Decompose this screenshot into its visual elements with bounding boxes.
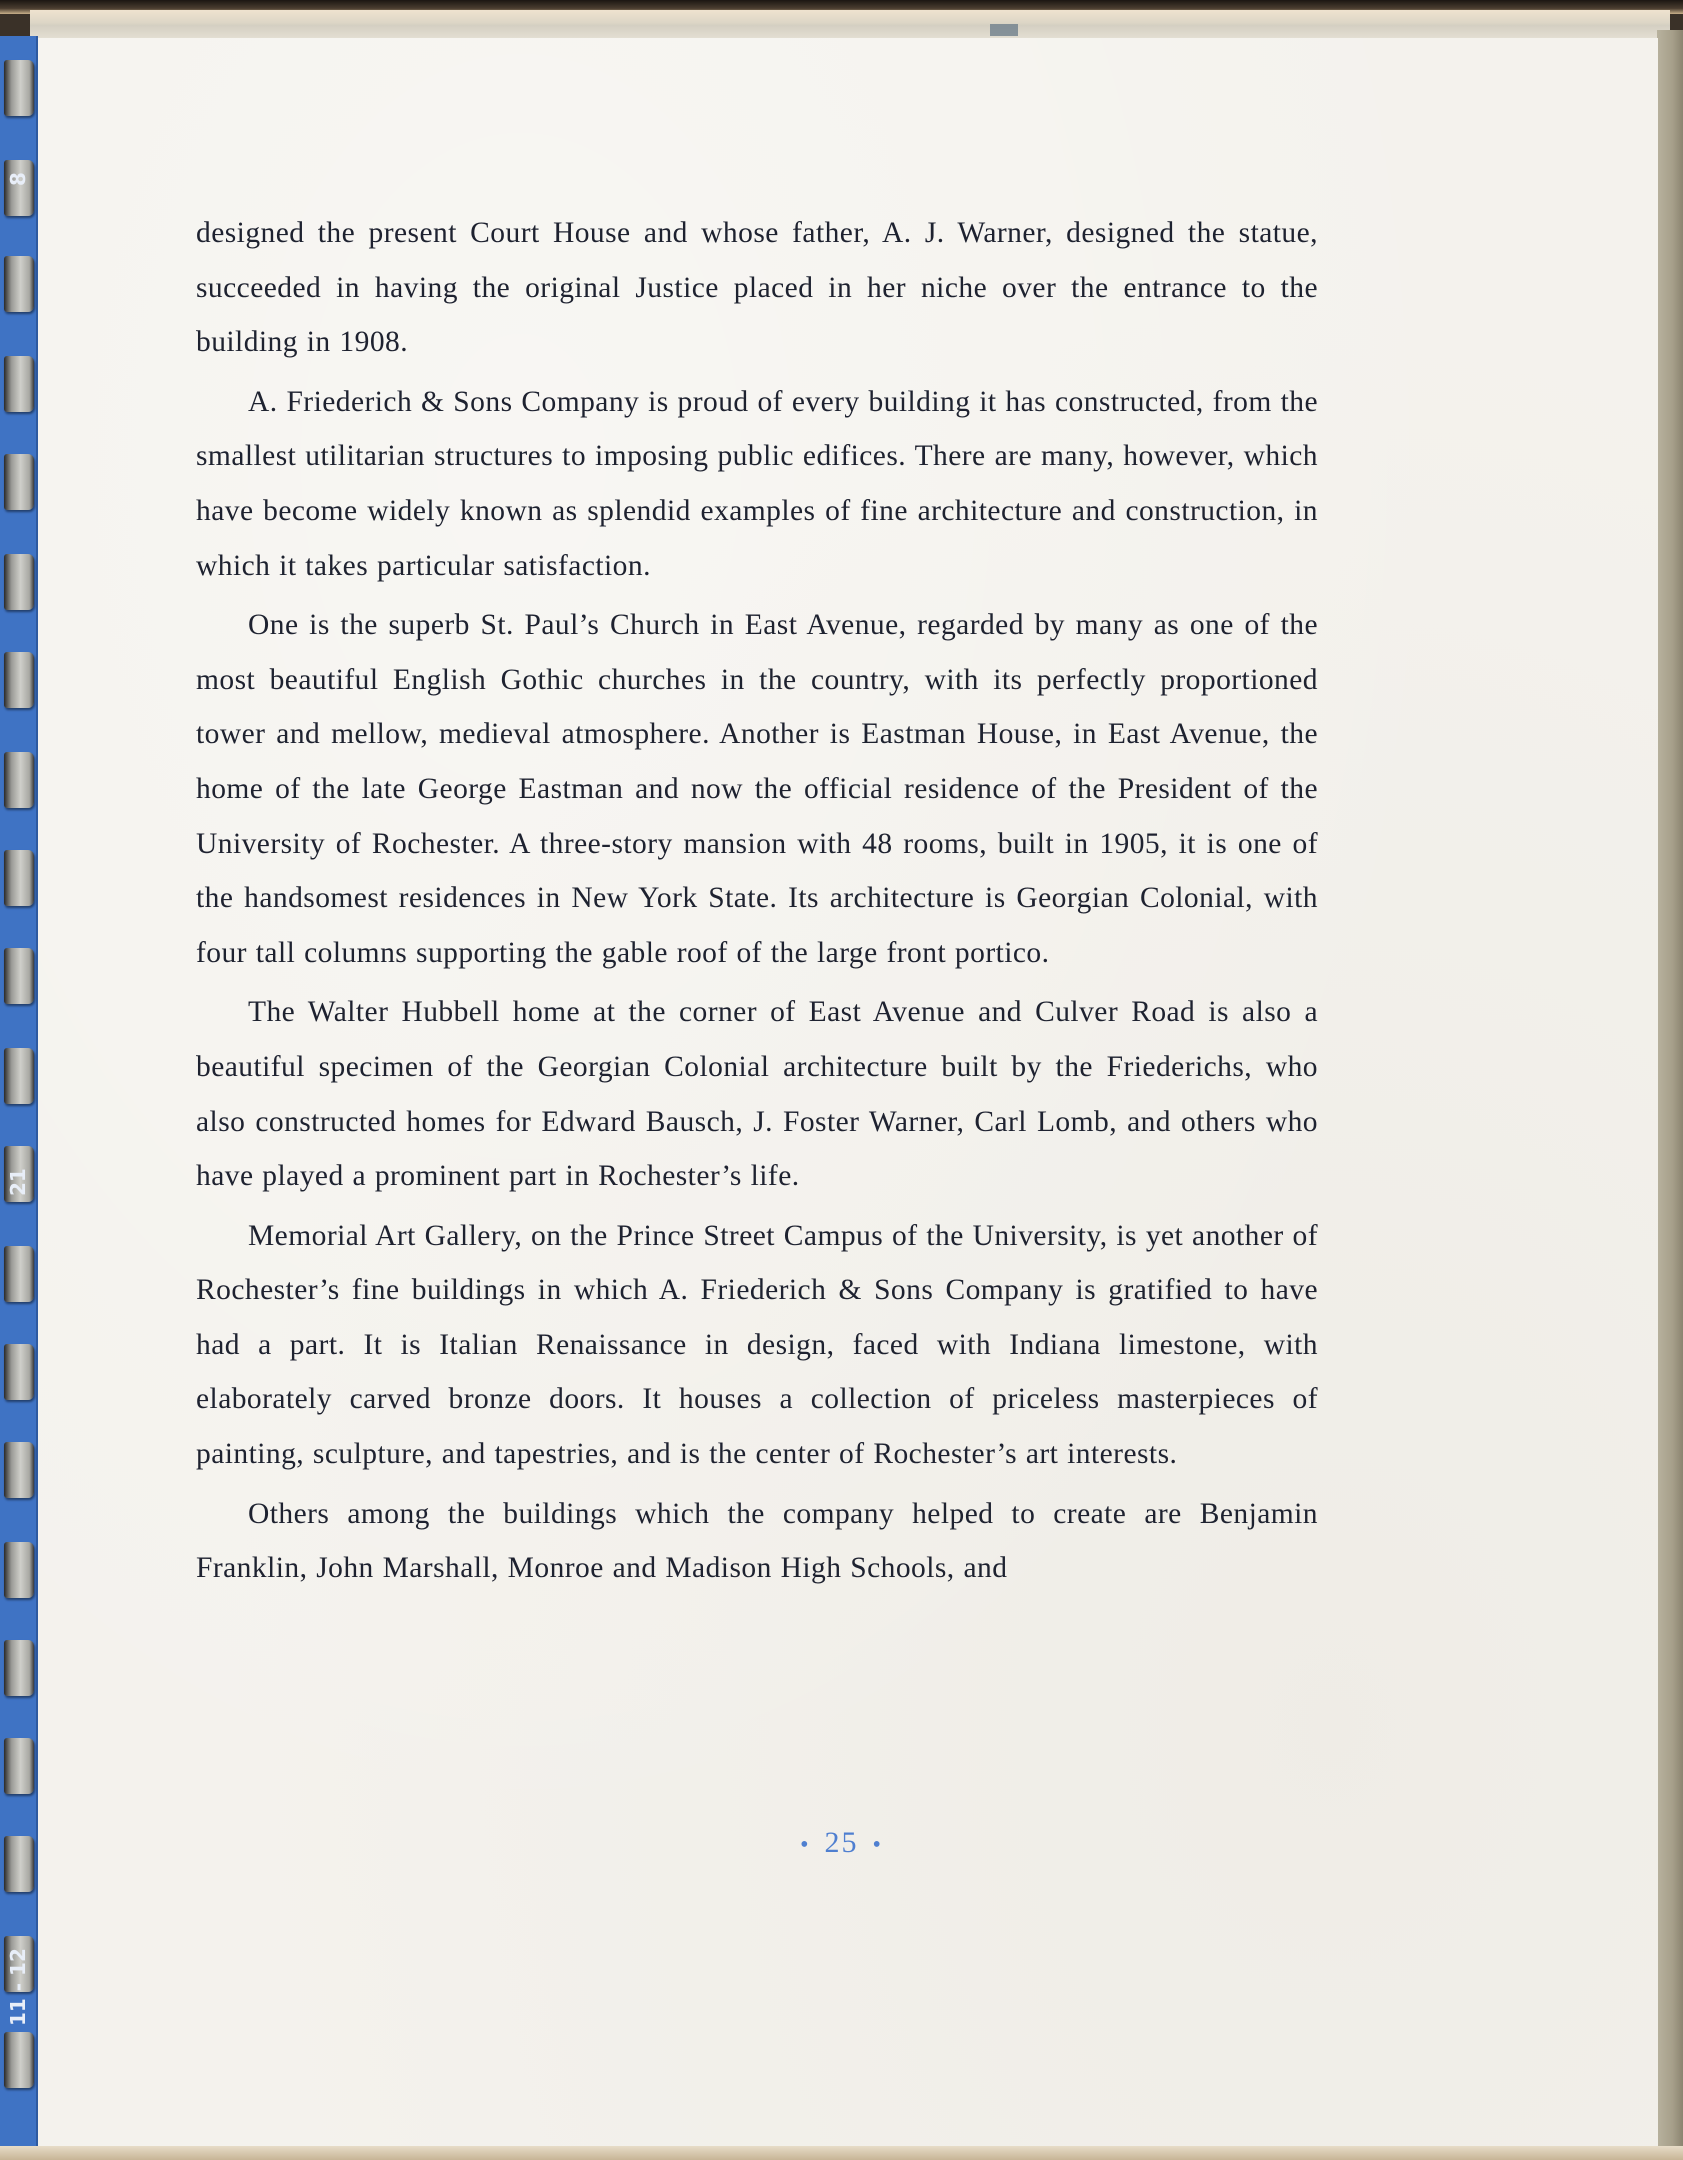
binding-ring-icon: [4, 1048, 34, 1104]
binding-ring-icon: [4, 160, 34, 216]
binding-ring-icon: [4, 850, 34, 906]
binding-ring-icon: [4, 256, 34, 312]
binding-ring-icon: [4, 2032, 34, 2088]
paragraph: Others among the buildings which the com…: [196, 1487, 1318, 1596]
binding-ring-icon: [4, 652, 34, 708]
binding-ring-icon: [4, 948, 34, 1004]
paragraph: The Walter Hubbell home at the corner of…: [196, 985, 1318, 1203]
binding-ring-icon: [4, 60, 34, 116]
ornament-dot-icon: •: [800, 1832, 810, 1858]
paragraph: Memorial Art Gallery, on the Prince Stre…: [196, 1209, 1318, 1482]
page-stack-edge: [30, 10, 1670, 39]
binding-ring-icon: [4, 1442, 34, 1498]
binding-ring-icon: [4, 1344, 34, 1400]
binding-ring-icon: [4, 1542, 34, 1598]
ornament-dot-icon: •: [873, 1832, 883, 1858]
binding-ring-icon: [4, 1640, 34, 1696]
body-text: designed the present Court House and who…: [196, 206, 1318, 1601]
tab-marker: [990, 24, 1018, 36]
binding-ring-icon: [4, 1246, 34, 1302]
binding-ring-icon: [4, 554, 34, 610]
bottom-edge: [0, 2146, 1683, 2160]
paragraph: A. Friederich & Sons Company is proud of…: [196, 375, 1318, 593]
binding-ring-icon: [4, 454, 34, 510]
binding-ring-icon: [4, 752, 34, 808]
binding-mark: 21: [6, 1168, 30, 1196]
scanned-page: 8 21 11 - 12 designed the present Court …: [0, 0, 1683, 2160]
paragraph-continuation: designed the present Court House and who…: [196, 206, 1318, 370]
binding-mark: 11 - 12: [6, 1948, 30, 2026]
binding-ring-icon: [4, 356, 34, 412]
paragraph: One is the superb St. Paul’s Church in E…: [196, 598, 1318, 980]
page-number-value: 25: [825, 1826, 859, 1859]
binding-ring-icon: [4, 1738, 34, 1794]
binding-mark: 8: [6, 172, 30, 186]
page-number: •25•: [0, 1826, 1683, 1860]
